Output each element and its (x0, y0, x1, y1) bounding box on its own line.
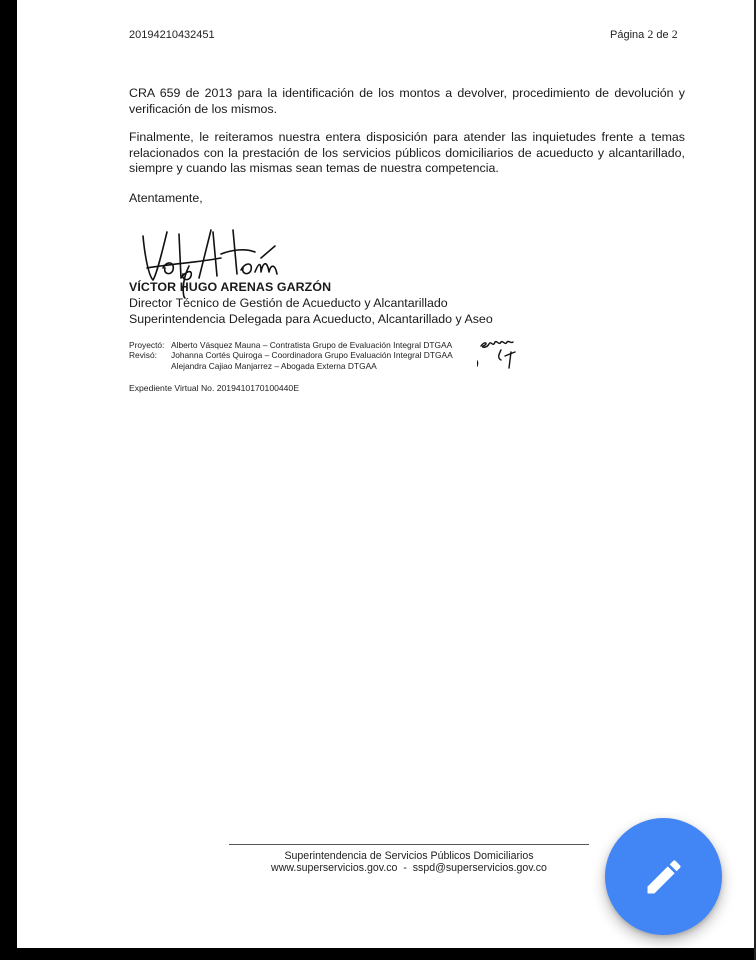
pencil-icon (642, 855, 686, 899)
projected-by-line: Proyectó:Alberto Vásquez Mauna – Contrat… (129, 340, 452, 350)
page-current: 2 (647, 27, 653, 41)
signatory-name: VÍCTOR HUGO ARENAS GARZÓN (129, 280, 331, 294)
body-paragraph-1: CRA 659 de 2013 para la identificación d… (129, 86, 685, 117)
projected-by: Alberto Vásquez Mauna – Contratista Grup… (171, 340, 452, 350)
page-indicator: Página 2 de 2 (610, 27, 678, 42)
reviewed-by-2: Alejandra Cajiao Manjarrez – Abogada Ext… (171, 361, 377, 371)
body-paragraph-2: Finalmente, le reiteramos nuestra entera… (129, 130, 685, 177)
document-number: 20194210432451 (129, 29, 215, 41)
footer-organization: Superintendencia de Servicios Públicos D… (229, 850, 589, 862)
reviewed-label: Revisó: (129, 350, 171, 360)
closing-salutation: Atentamente, (129, 191, 203, 205)
expediente-number: Expediente Virtual No. 2019410170100440E (129, 383, 299, 393)
signatory-office: Superintendencia Delegada para Acueducto… (129, 312, 493, 326)
document-page: 20194210432451 Página 2 de 2 CRA 659 de … (17, 0, 754, 948)
footer-divider (229, 844, 589, 845)
edit-fab-button[interactable] (605, 818, 722, 935)
reviewed-by-1: Johanna Cortés Quiroga – Coordinadora Gr… (171, 350, 453, 360)
page-of: de (656, 29, 668, 41)
footer-contact: www.superservicios.gov.co - sspd@superse… (229, 862, 589, 874)
page-total: 2 (672, 27, 678, 41)
page-label: Página (610, 29, 644, 41)
projected-label: Proyectó: (129, 340, 171, 350)
handwritten-initials-icon (477, 336, 527, 382)
reviewed-by-line-2: Alejandra Cajiao Manjarrez – Abogada Ext… (129, 361, 377, 371)
signatory-title: Director Técnico de Gestión de Acueducto… (129, 296, 448, 310)
reviewed-by-line-1: Revisó:Johanna Cortés Quiroga – Coordina… (129, 350, 453, 360)
